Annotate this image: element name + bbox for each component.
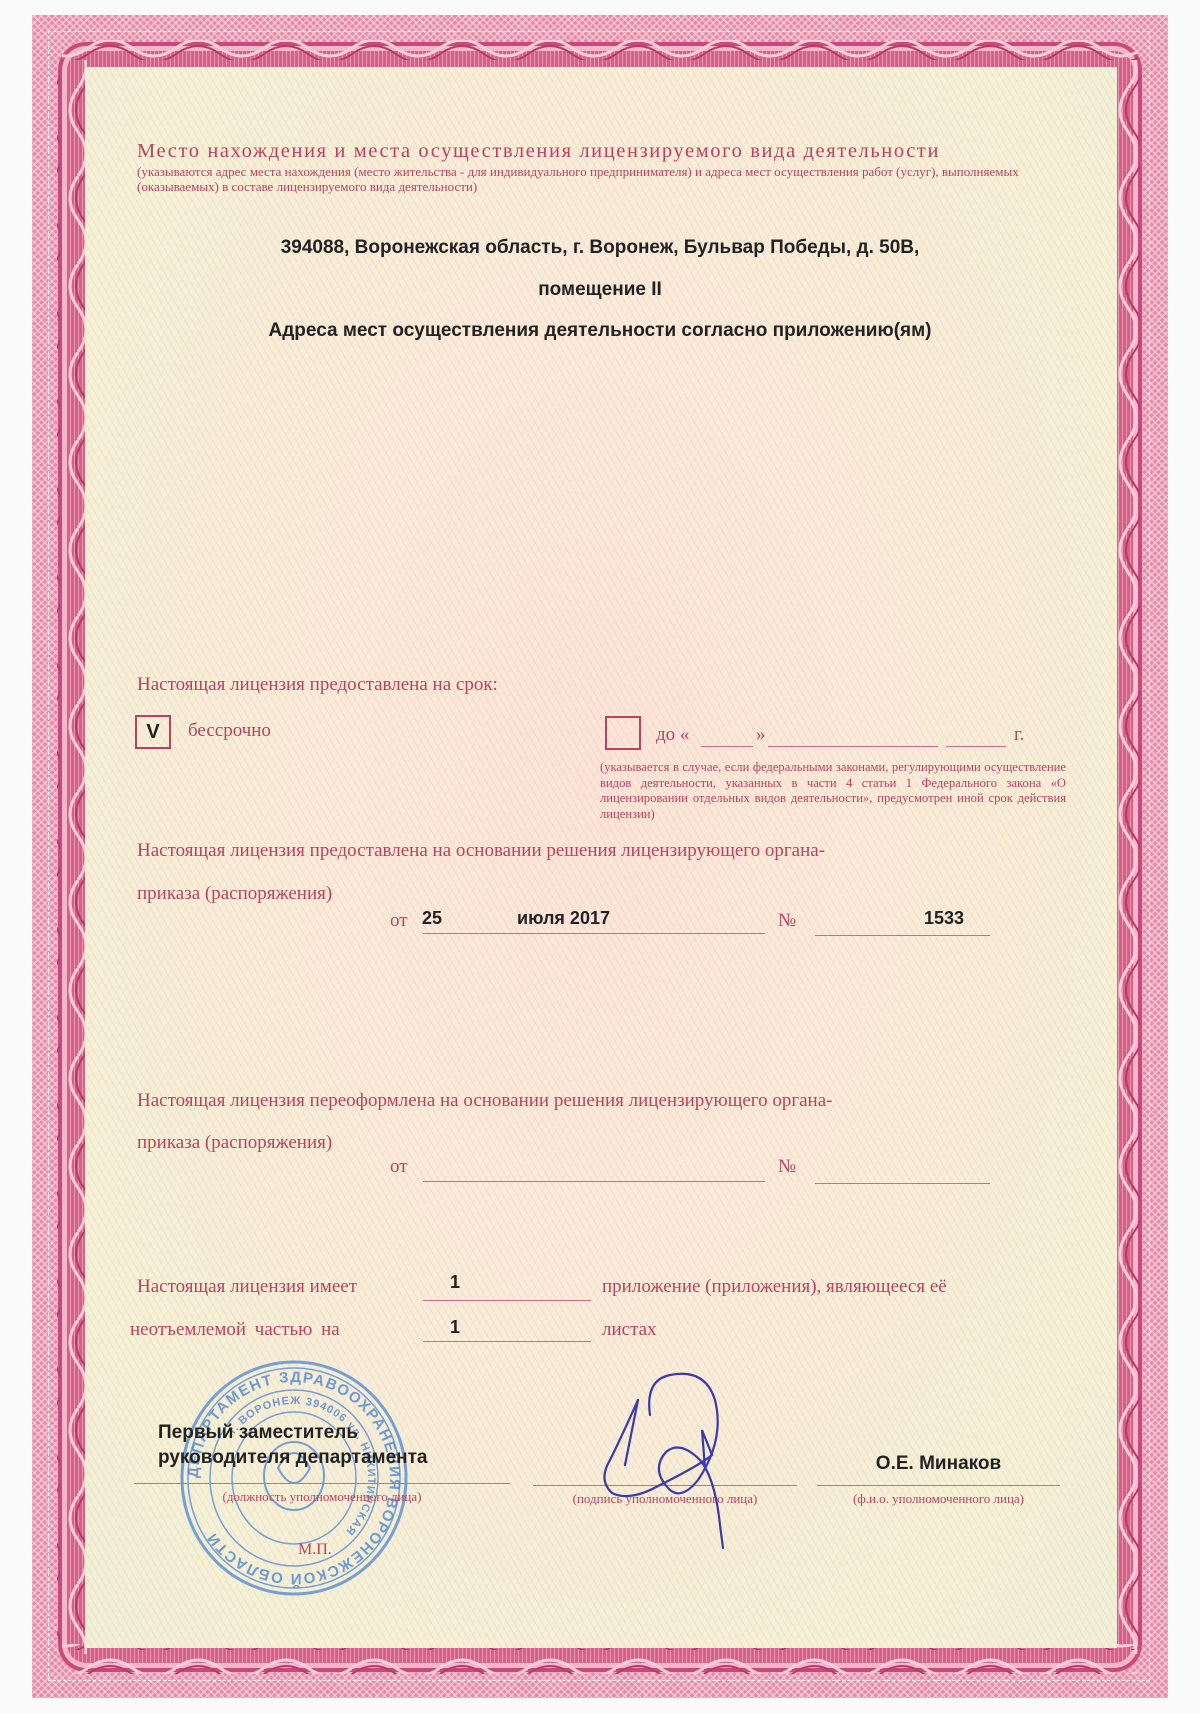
section-title: Место нахождения и места осуществления л… [137,140,940,163]
signatory-position-line-1: Первый заместитель [158,1422,358,1444]
checkbox-indefinite[interactable]: V [135,715,171,749]
term-label: Настоящая лицензия предоставлена на срок… [137,674,498,696]
appendix-line-1-suffix: приложение (приложения), являющееся её [602,1276,947,1298]
reissued-date-line[interactable] [423,1181,765,1182]
checkbox-until-date[interactable] [605,716,641,750]
check-mark: V [146,721,159,744]
appendix-line-2-suffix: листах [602,1319,657,1341]
license-sheet: Место нахождения и места осуществления л… [0,0,1200,1714]
until-day-line[interactable] [701,746,753,747]
option-indefinite-label: бессрочно [188,720,271,742]
reissued-line-2: приказа (распоряжения) [137,1132,332,1154]
appendix-line-2-prefix: неотъемлемой частью на [130,1319,340,1341]
reissued-number-line[interactable] [815,1183,990,1184]
name-line [817,1485,1060,1486]
address-line-3: Адреса мест осуществления деятельности с… [0,320,1200,342]
granted-month-year: июля 2017 [517,908,610,929]
reissued-number-label: № [778,1156,796,1178]
granted-number-line [815,935,990,936]
until-month-line[interactable] [768,746,938,747]
appendix-sheets-line [423,1341,591,1342]
granted-date-line [423,933,765,934]
until-prefix: до « [656,724,689,746]
appendix-sheets: 1 [450,1317,460,1338]
address-line-2: помещение II [0,279,1200,301]
reissued-line-1: Настоящая лицензия переоформлена на осно… [137,1090,832,1112]
until-year-line[interactable] [946,746,1006,747]
signature-icon [590,1360,760,1550]
signatory-name: О.Е. Минаков [817,1453,1060,1475]
appendix-line-1-prefix: Настоящая лицензия имеет [137,1276,357,1298]
until-mid: » [756,724,766,746]
section-note: (указываются адрес места нахождения (мес… [137,164,1087,194]
position-caption: (должность уполномоченного лица) [134,1489,510,1505]
granted-day: 25 [422,908,442,929]
official-seal-icon: ДЕПАРТАМЕНТ ЗДРАВООХРАНЕНИЯ ВОРОНЕЖСКОЙ … [178,1358,410,1598]
granted-line-2: приказа (распоряжения) [137,883,332,905]
stamp-place-label: М.П. [298,1541,332,1559]
position-line [134,1483,510,1484]
granted-number-label: № [778,910,796,932]
address-line-1: 394088, Воронежская область, г. Воронеж,… [0,237,1200,259]
granted-number: 1533 [924,908,964,929]
name-caption: (ф.и.о. уполномоченного лица) [817,1491,1060,1507]
appendix-count-line [423,1300,591,1301]
appendix-count: 1 [450,1272,460,1293]
reissued-from-label: от [390,1156,408,1178]
signatory-position-line-2: руководителя департамента [158,1447,428,1469]
granted-line-1: Настоящая лицензия предоставлена на осно… [137,840,825,862]
term-note: (указывается в случае, если федеральными… [600,760,1066,822]
until-suffix: г. [1014,724,1024,746]
granted-from-label: от [390,910,408,932]
